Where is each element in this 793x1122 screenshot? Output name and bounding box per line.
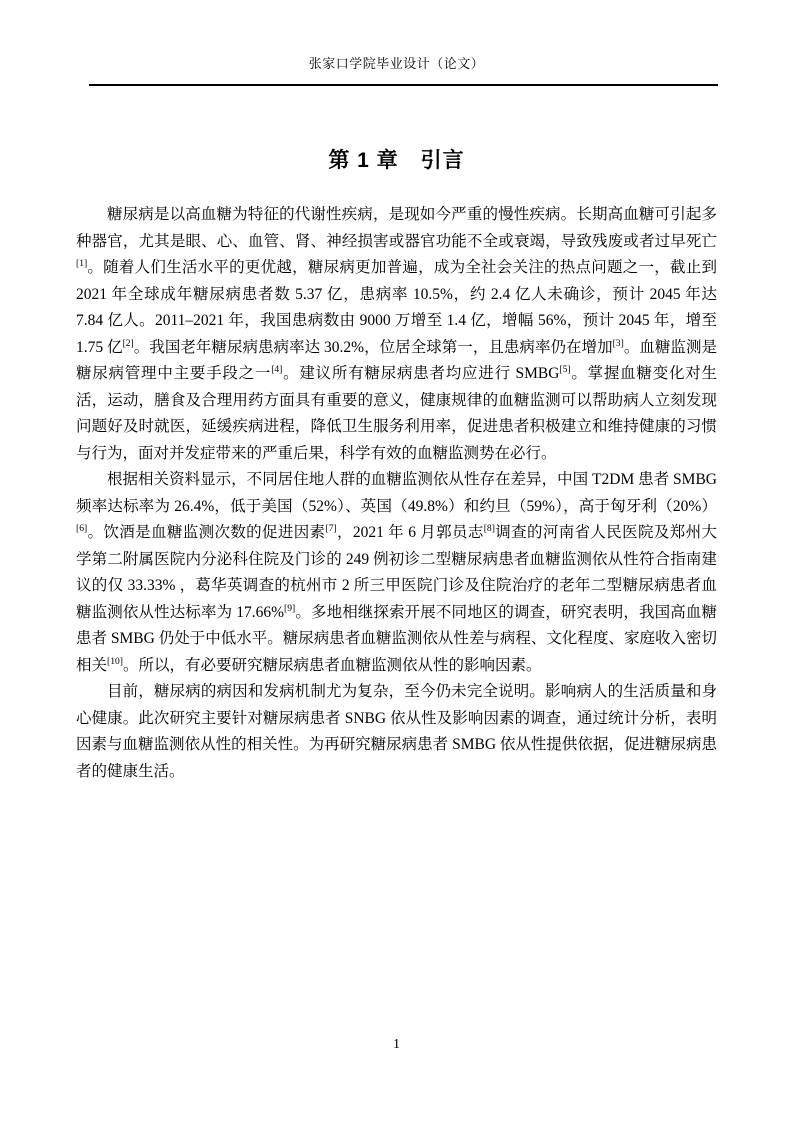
body-paragraph: 根据相关资料显示，不同居住地人群的血糖监测依从性存在差异，中国 T2DM 患者 … [76, 467, 717, 679]
document-page: 张家口学院毕业设计（论文） 第 1 章 引言 糖尿病是以高血糖为特征的代谢性疾病… [0, 0, 793, 1122]
citation-ref: [7] [326, 523, 337, 534]
paragraph-text: 根据相关资料显示，不同居住地人群的血糖监测依从性存在差异，中国 T2DM 患者 … [76, 471, 717, 515]
page-number: 1 [0, 1037, 793, 1053]
body-paragraph: 糖尿病是以高血糖为特征的代谢性疾病，是现如今严重的慢性疾病。长期高血糖可引起多种… [76, 202, 717, 467]
citation-ref: [3] [613, 337, 624, 348]
chapter-title: 第 1 章 引言 [0, 144, 793, 174]
paragraph-text: ，2021 年 6 月郭员志 [337, 524, 484, 541]
citation-ref: [2] [123, 337, 134, 348]
header-divider [89, 84, 718, 86]
citation-ref: [4] [271, 364, 282, 375]
paragraph-text: 。建议所有糖尿病患者均应进行 SMBG [282, 365, 559, 382]
body-text: 糖尿病是以高血糖为特征的代谢性疾病，是现如今严重的慢性疾病。长期高血糖可引起多种… [76, 202, 717, 785]
citation-ref: [10] [107, 655, 123, 666]
citation-ref: [9] [284, 602, 295, 613]
body-paragraph: 目前，糖尿病的病因和发病机制尤为复杂，至今仍未完全说明。影响病人的生活质量和身心… [76, 679, 717, 785]
paragraph-text: 。饮酒是血糖监测次数的促进因素 [87, 524, 325, 541]
citation-ref: [8] [484, 523, 495, 534]
citation-ref: [5] [559, 364, 570, 375]
paragraph-text: 目前，糖尿病的病因和发病机制尤为复杂，至今仍未完全说明。影响病人的生活质量和身心… [76, 683, 717, 780]
paragraph-text: 。我国老年糖尿病患病率达 30.2%，位居全球第一，且患病率仍在增加 [134, 339, 613, 356]
citation-ref: [6] [76, 523, 87, 534]
citation-ref: [1] [76, 258, 87, 269]
paragraph-text: 糖尿病是以高血糖为特征的代谢性疾病，是现如今严重的慢性疾病。长期高血糖可引起多种… [76, 206, 717, 250]
paragraph-text: 。所以，有必要研究糖尿病患者血糖监测依从性的影响因素。 [123, 657, 542, 674]
running-header: 张家口学院毕业设计（论文） [76, 53, 717, 72]
